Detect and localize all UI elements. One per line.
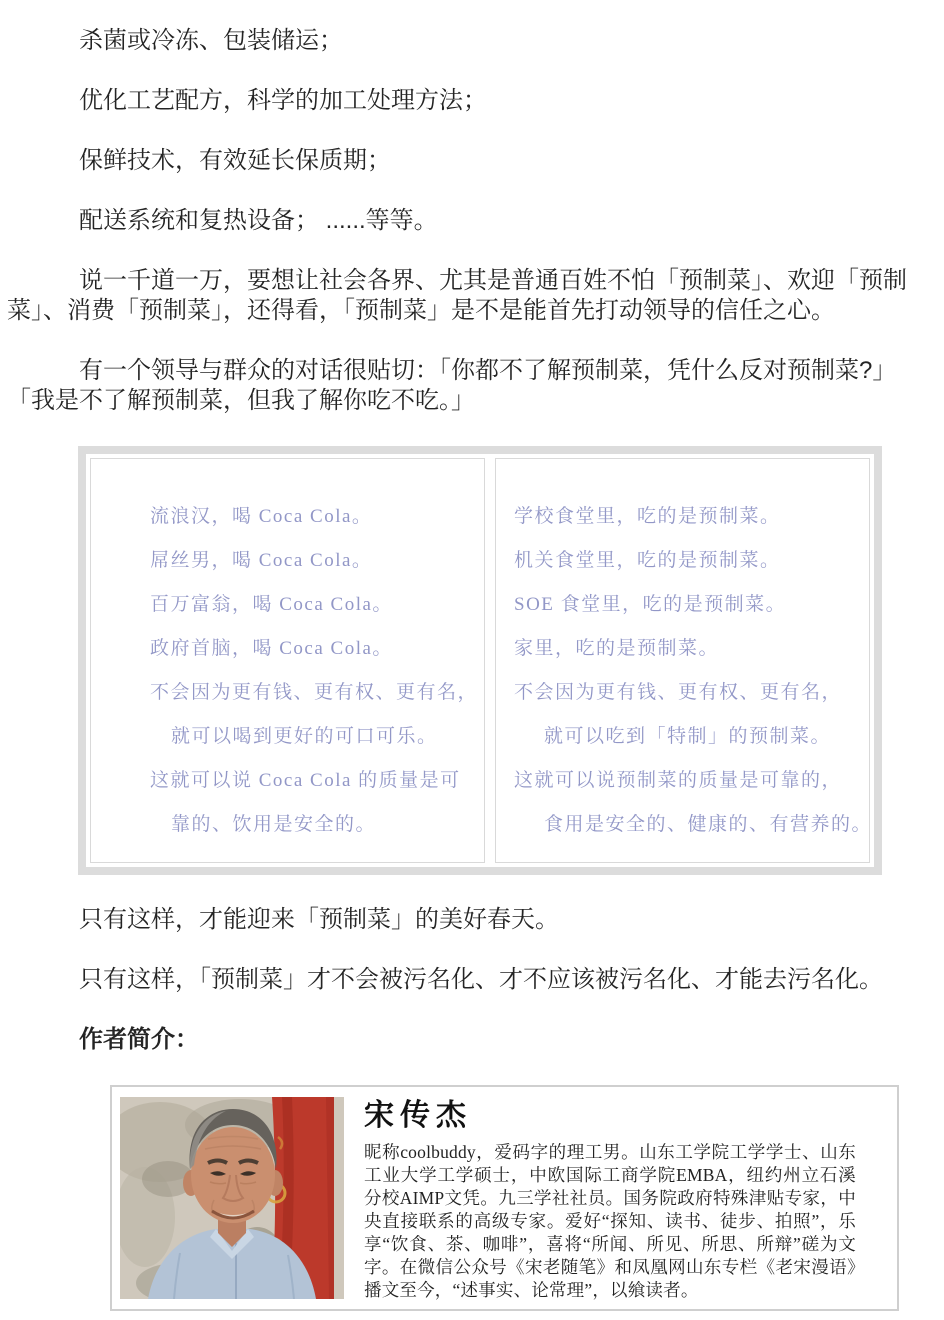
body-paragraph: 优化工艺配方，科学的加工处理方法；	[7, 86, 927, 116]
comparison-left-cell: 流浪汉，喝 Coca Cola。 屌丝男，喝 Coca Cola。 百万富翁，喝…	[90, 458, 485, 863]
compare-line: 机关食堂里，吃的是预制菜。	[514, 539, 869, 583]
author-section-heading: 作者简介：	[7, 1025, 927, 1055]
author-name: 宋传杰	[364, 1099, 856, 1132]
compare-line: 这就可以说 Coca Cola 的质量是可	[150, 759, 484, 803]
compare-line: 屌丝男，喝 Coca Cola。	[150, 539, 484, 583]
compare-line: 靠的、饮用是安全的。	[150, 803, 484, 847]
comparison-quote-box: 流浪汉，喝 Coca Cola。 屌丝男，喝 Coca Cola。 百万富翁，喝…	[78, 446, 882, 875]
body-paragraph: 说一千道一万，要想让社会各界、尤其是普通百姓不怕「预制菜」、欢迎「预制菜」、消费…	[7, 266, 927, 326]
body-paragraph: 只有这样，才能迎来「预制菜」的美好春天。	[7, 905, 927, 935]
body-paragraph: 配送系统和复热设备； ......等等。	[7, 206, 927, 236]
compare-line: 这就可以说预制菜的质量是可靠的，	[514, 759, 869, 803]
body-paragraph: 保鲜技术，有效延长保质期；	[7, 146, 927, 176]
compare-line: 就可以喝到更好的可口可乐。	[150, 715, 484, 759]
article-page: 杀菌或冷冻、包装储运； 优化工艺配方，科学的加工处理方法； 保鲜技术，有效延长保…	[0, 0, 944, 1311]
compare-line: 流浪汉，喝 Coca Cola。	[150, 495, 484, 539]
author-text-block: 宋传杰 昵称coolbuddy，爱码字的理工男。山东工学院工学学士、山东工业大学…	[364, 1097, 856, 1299]
author-photo	[120, 1097, 344, 1299]
author-card: 宋传杰 昵称coolbuddy，爱码字的理工男。山东工学院工学学士、山东工业大学…	[110, 1085, 899, 1311]
body-paragraph: 只有这样，「预制菜」才不会被污名化、才不应该被污名化、才能去污名化。	[7, 965, 927, 995]
compare-line: SOE 食堂里，吃的是预制菜。	[514, 583, 869, 627]
compare-line: 百万富翁，喝 Coca Cola。	[150, 583, 484, 627]
compare-line: 就可以吃到「特制」的预制菜。	[514, 715, 869, 759]
compare-line: 政府首脑，喝 Coca Cola。	[150, 627, 484, 671]
compare-line: 家里，吃的是预制菜。	[514, 627, 869, 671]
compare-line: 学校食堂里，吃的是预制菜。	[514, 495, 869, 539]
compare-line: 不会因为更有钱、更有权、更有名，	[150, 671, 484, 715]
comparison-right-cell: 学校食堂里，吃的是预制菜。 机关食堂里，吃的是预制菜。 SOE 食堂里，吃的是预…	[495, 458, 870, 863]
author-bio: 昵称coolbuddy，爱码字的理工男。山东工学院工学学士、山东工业大学工学硕士…	[364, 1141, 856, 1302]
body-paragraph: 杀菌或冷冻、包装储运；	[7, 26, 927, 56]
compare-line: 不会因为更有钱、更有权、更有名，	[514, 671, 869, 715]
body-paragraph: 有一个领导与群众的对话很贴切：「你都不了解预制菜，凭什么反对预制菜?」「我是不了…	[7, 356, 927, 416]
compare-line: 食用是安全的、健康的、有营养的。	[514, 803, 869, 847]
